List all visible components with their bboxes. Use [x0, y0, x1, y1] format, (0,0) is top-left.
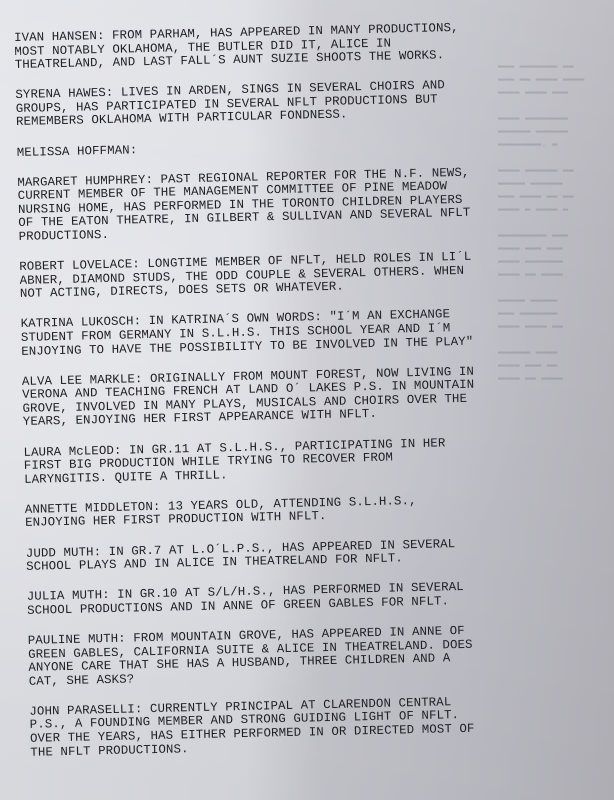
cast-bio-entry: JULIA MUTH: IN GR.10 AT S/L/H.S., HAS PE… — [27, 580, 537, 619]
cast-bio-entry: PAULINE MUTH: FROM MOUNTAIN GROVE, HAS A… — [28, 623, 539, 689]
cast-bio-entry: MARGARET HUMPHREY: PAST REGIONAL REPORTE… — [17, 165, 528, 245]
cast-bio-entry: MELISSA HOFFMAN: — [17, 135, 527, 160]
cast-bio-entry: IVAN HANSEN: FROM PARHAM, HAS APPEARED I… — [14, 20, 525, 72]
bio-line: MELISSA HOFFMAN: — [17, 135, 527, 160]
cast-bio-entry: ALVA LEE MARKLE: ORIGINALLY FROM MOUNT F… — [22, 364, 533, 430]
cast-bio-entry: JUDD MUTH: IN GR.7 AT L.O´L.P.S., HAS AP… — [26, 536, 536, 575]
cast-biographies-document: IVAN HANSEN: FROM PARHAM, HAS APPEARED I… — [14, 20, 541, 776]
cast-bio-entry: LAURA McLEOD: IN GR.11 AT S.L.H.S., PART… — [23, 435, 534, 487]
cast-bio-entry: SYRENA HAWES: LIVES IN ARDEN, SINGS IN S… — [15, 78, 526, 130]
cast-bio-entry: JOHN PARASELLI: CURRENTLY PRINCIPAL AT C… — [29, 694, 540, 760]
cast-bio-entry: KATRINA LUKOSCH: IN KATRINA´S OWN WORDS:… — [20, 307, 531, 359]
cast-bio-entry: ANNETTE MIDDLETON: 13 YEARS OLD, ATTENDI… — [25, 492, 535, 531]
cast-bio-entry: ROBERT LOVELACE: LONGTIME MEMBER OF NFLT… — [19, 249, 530, 301]
